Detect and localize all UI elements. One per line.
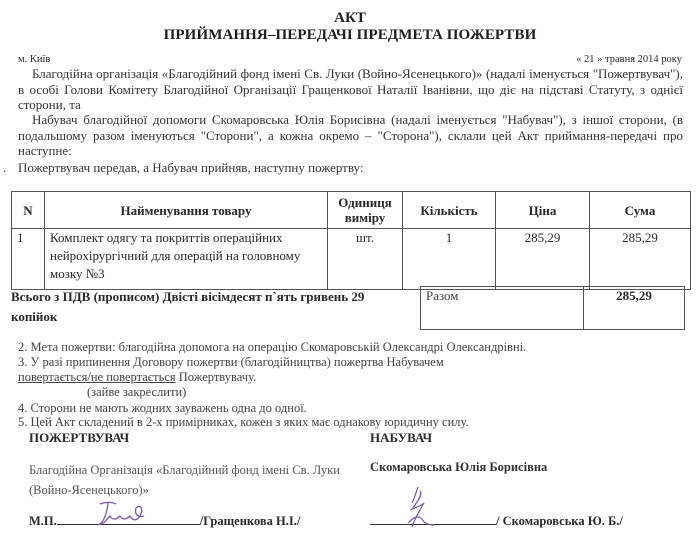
clause-2: 2. Мета пожертви: благодійна допомога на…: [18, 340, 526, 355]
cell-price: 285,29: [496, 229, 590, 290]
clause-3-option-line: повертається/не повертається Пожертвувач…: [18, 370, 256, 385]
document-subtitle: ПРИЙМАННЯ–ПЕРЕДАЧІ ПРЕДМЕТА ПОЖЕРТВИ: [0, 27, 700, 44]
items-table: N Найменування товару Одиниця виміру Кіл…: [11, 191, 691, 290]
clause-5: 5. Цей Акт складений в 2-х примірниках, …: [18, 415, 469, 430]
cell-n: 1: [12, 229, 45, 290]
bullet-mark: .: [3, 160, 6, 176]
city: м. Київ: [18, 54, 50, 65]
clause-3-tail: Пожертвувачу.: [176, 370, 257, 384]
cell-name: Комплект одягу та покриттів операційних …: [45, 229, 328, 290]
col-header-n: N: [12, 192, 45, 229]
total-label: Разом: [421, 287, 584, 330]
recipient-signatory: / Скомаровська Ю. Б./: [496, 514, 623, 528]
donor-signature-line: М.П./Гращенкова Н.І./: [29, 512, 300, 529]
clause-4: 4. Сторони не мають жодних зауважень одн…: [18, 401, 307, 416]
donor-signature-icon: [92, 498, 162, 530]
donor-label: ПОЖЕРТВУВАЧ: [29, 430, 129, 446]
recipient-label: НАБУВАЧ: [370, 430, 432, 446]
donor-organization: Благодійна Організація «Благодійний фонд…: [29, 460, 364, 500]
table-header-row: N Найменування товару Одиниця виміру Кіл…: [12, 192, 691, 229]
table-row: 1 Комплект одягу та покриттів операційни…: [12, 229, 691, 290]
document-date: « 21 » травня 2014 року: [576, 54, 682, 65]
cell-qty: 1: [403, 229, 496, 290]
donor-signatory: /Гращенкова Н.І./: [200, 514, 301, 528]
intro-paragraph-donor: Благодійна організація «Благодійний фонд…: [18, 66, 683, 113]
recipient-full-name: Скомаровська Юлія Борисівна: [370, 460, 547, 475]
total-in-words: Всього з ПДВ (прописом) Двісті вісімдеся…: [11, 287, 406, 327]
intro-paragraph-recipient: Набувач благодійної допомоги Скомаровськ…: [18, 112, 683, 159]
clause-3: 3. У разі припинення Договору пожертви (…: [18, 355, 444, 370]
col-header-name: Найменування товару: [45, 192, 328, 229]
total-table: Разом 285,29: [420, 286, 685, 330]
clause-1: Пожертвувач передав, а Набувач прийняв, …: [18, 160, 363, 176]
cell-unit: шт.: [328, 229, 403, 290]
document-title: АКТ: [0, 10, 700, 27]
col-header-qty: Кількість: [403, 192, 496, 229]
clause-3-note: (зайве закреслити): [87, 385, 186, 400]
return-option: повертається/не повертається: [18, 370, 176, 384]
seal-label: М.П.: [29, 514, 57, 528]
total-value: 285,29: [584, 287, 685, 330]
col-header-price: Ціна: [496, 192, 590, 229]
col-header-unit: Одиниця виміру: [328, 192, 403, 229]
col-header-sum: Сума: [590, 192, 691, 229]
recipient-signature-icon: [398, 483, 448, 533]
cell-sum: 285,29: [590, 229, 691, 290]
